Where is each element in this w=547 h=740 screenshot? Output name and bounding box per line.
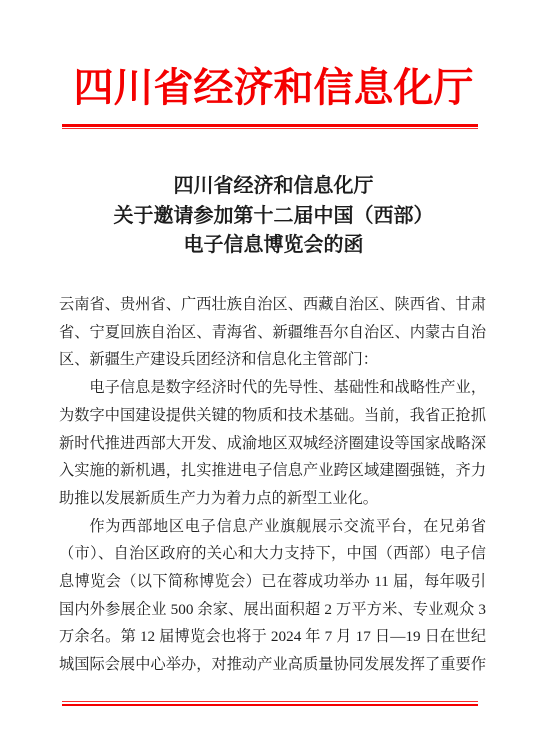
paragraph-line: 国内外参展企业 500 余家、展出面积超 2 万平方米、专业观众 3: [59, 596, 486, 624]
salutation: 云南省、贵州省、广西壮族自治区、西藏自治区、陕西省、甘肃 省、宁夏回族自治区、青…: [59, 291, 486, 374]
paragraph-line: 息博览会（以下简称博览会）已在蓉成功举办 11 届，每年吸引: [59, 568, 486, 596]
letterhead-divider-rule: [62, 124, 478, 129]
document-body: 云南省、贵州省、广西壮族自治区、西藏自治区、陕西省、甘肃 省、宁夏回族自治区、青…: [59, 291, 486, 679]
document-title: 四川省经济和信息化厅 关于邀请参加第十二届中国（西部） 电子信息博览会的函: [3, 172, 544, 261]
document-title-line-3: 电子信息博览会的函: [3, 231, 544, 261]
divider-thin-line: [62, 128, 478, 129]
footer-thick-line: [62, 704, 478, 707]
paragraph-line: 城国际会展中心举办，对推动产业高质量协同发展发挥了重要作: [59, 651, 486, 679]
paragraph-line: 入实施的新机遇，扎实推进电子信息产业跨区域建圈强链，齐力: [59, 457, 486, 485]
paragraph-line: 电子信息是数字经济时代的先导性、基础性和战略性产业，: [59, 374, 486, 402]
page-footer-rule: [62, 701, 478, 706]
document-title-line-2: 关于邀请参加第十二届中国（西部）: [3, 202, 544, 232]
letterhead-org-name: 四川省经济和信息化厅: [3, 64, 544, 112]
salutation-line: 区、新疆生产建设兵团经济和信息化主管部门：: [59, 346, 486, 374]
paragraph-1: 电子信息是数字经济时代的先导性、基础性和战略性产业， 为数字中国建设提供关键的物…: [59, 374, 486, 513]
paragraph-line: 作为西部地区电子信息产业旗舰展示交流平台，在兄弟省: [59, 513, 486, 541]
document-title-line-1: 四川省经济和信息化厅: [3, 172, 544, 202]
paragraph-line: 助推以发展新质生产力为着力点的新型工业化。: [59, 485, 486, 513]
document-page: 四川省经济和信息化厅 四川省经济和信息化厅 关于邀请参加第十二届中国（西部） 电…: [0, 0, 547, 740]
salutation-line: 省、宁夏回族自治区、青海省、新疆维吾尔自治区、内蒙古自治: [59, 319, 486, 347]
paragraph-2: 作为西部地区电子信息产业旗舰展示交流平台，在兄弟省 （市）、自治区政府的关心和大…: [59, 513, 486, 679]
paragraph-line: 为数字中国建设提供关键的物质和技术基础。当前，我省正抢抓: [59, 402, 486, 430]
paragraph-line: （市）、自治区政府的关心和大力支持下，中国（西部）电子信: [59, 540, 486, 568]
salutation-line: 云南省、贵州省、广西壮族自治区、西藏自治区、陕西省、甘肃: [59, 291, 486, 319]
paragraph-line: 万余名。第 12 届博览会也将于 2024 年 7 月 17 日—19 日在世纪: [59, 623, 486, 651]
paragraph-line: 新时代推进西部大开发、成渝地区双城经济圈建设等国家战略深: [59, 430, 486, 458]
